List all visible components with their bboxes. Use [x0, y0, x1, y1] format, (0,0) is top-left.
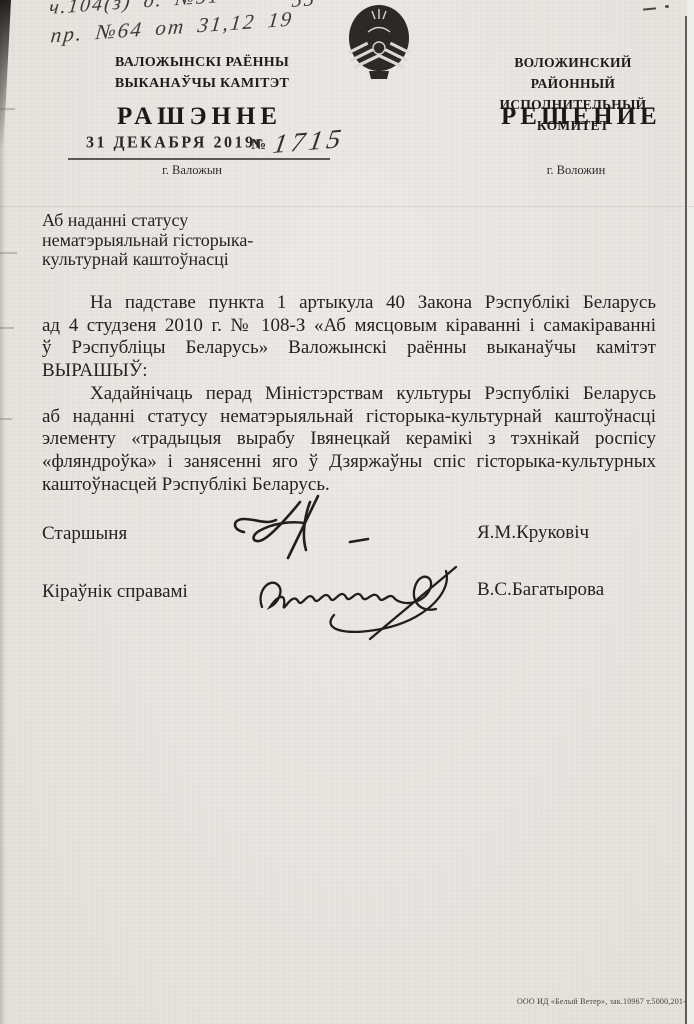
scanned-decision-document: ч.104(з) д. №51 55 пр. №64 от 31,12 19 В…	[0, 0, 694, 1024]
subject-block: Аб наданні статусу нематэрыяльнай гістор…	[42, 211, 362, 270]
pen-mark	[665, 5, 669, 8]
edge-crease-mark	[0, 108, 15, 110]
place-belarusian: г. Валожын	[132, 163, 252, 178]
print-house-footer: ООО ИД «Белый Ветер», зак.10967 т.5000,2…	[380, 997, 686, 1006]
fold-crease	[0, 206, 694, 207]
signature-name-manager: В.С.Багатырова	[477, 579, 604, 601]
signature-title-chairman: Старшыня	[42, 523, 127, 545]
number-sign: №	[251, 137, 266, 154]
body-line: аб наданні статусу нематэрыяльнай гістор…	[42, 406, 656, 429]
place-russian: г. Воложин	[516, 163, 636, 178]
signature-chairman	[228, 492, 383, 564]
edge-crease-mark	[0, 327, 14, 329]
edge-crease-mark	[0, 252, 17, 254]
signature-manager	[248, 563, 466, 641]
pen-mark	[643, 7, 656, 10]
edge-crease-mark	[0, 418, 12, 420]
org-name-by-line1: ВАЛОЖЫНСКІ РАЁННЫ	[112, 52, 292, 73]
body-line: На падставе пункта 1 артыкула 40 Закона …	[42, 292, 656, 315]
left-scan-shadow	[0, 0, 6, 1024]
body-line: элементу «традыцыя вырабу Івянецкай кера…	[42, 428, 656, 451]
signature-name-chairman: Я.М.Круковіч	[477, 522, 589, 544]
body-line: ў Рэспубліцы Беларусь» Валожынскі раённы…	[42, 337, 656, 360]
org-name-belarusian: ВАЛОЖЫНСКІ РАЁННЫ ВЫКАНАЎЧЫ КАМІТЭТ	[112, 52, 292, 94]
subject-line: культурнай каштоўнасці	[42, 250, 362, 270]
date-underline	[68, 158, 330, 160]
belarus-coat-of-arms-emblem	[345, 2, 413, 80]
right-scan-margin	[687, 0, 694, 1024]
decision-number-handwritten: 1715	[271, 123, 347, 160]
body-line: ВЫРАШЫЎ:	[42, 360, 656, 383]
document-title-belarusian: РАШЭННЕ	[117, 103, 267, 131]
handwritten-note-line1-tail: 55	[291, 0, 318, 13]
body-text: На падставе пункта 1 артыкула 40 Закона …	[42, 292, 656, 496]
subject-line: нематэрыяльнай гісторыка-	[42, 231, 362, 251]
date-stamp: 31 ДЕКАБРЯ 2019г	[86, 133, 265, 152]
body-line: Хадайнічаць перад Міністэрствам культуры…	[42, 383, 656, 406]
body-line: «фляндроўка» і занясенні яго ў Дзяржаўны…	[42, 451, 656, 474]
subject-line: Аб наданні статусу	[42, 211, 362, 231]
body-line: ад 4 студзеня 2010 г. № 108-З «Аб мясцов…	[42, 315, 656, 338]
org-name-by-line2: ВЫКАНАЎЧЫ КАМІТЭТ	[112, 73, 292, 94]
signature-title-manager: Кіраўнік справамі	[42, 581, 188, 603]
org-name-ru-line1: ВОЛОЖИНСКИЙ РАЙОННЫЙ	[471, 52, 675, 94]
document-title-russian: РЕШЕНИЕ	[501, 103, 651, 131]
